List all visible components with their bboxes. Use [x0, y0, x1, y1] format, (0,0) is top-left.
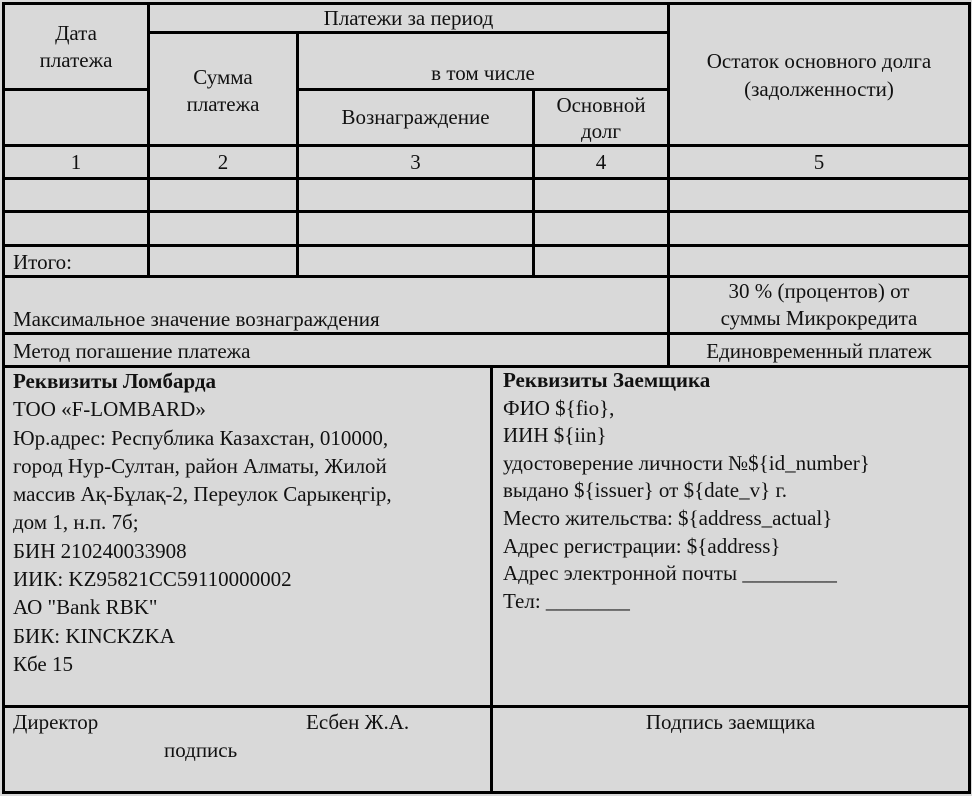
divider [2, 88, 150, 91]
borrower-signature-label: Подпись заемщика [493, 708, 968, 736]
borrower-line: Адрес электронной почты _________ [503, 560, 870, 588]
column-number: 5 [670, 147, 968, 177]
lombard-line: массив Ақ-Бұлақ-2, Переулок Сарыкеңгір, [13, 480, 392, 508]
border-right [968, 2, 971, 794]
table-cell [5, 180, 147, 210]
lombard-line: ТОО «F-LOMBARD» [13, 395, 392, 423]
header-payments-for-period: Платежи за период [150, 5, 667, 31]
signature-label: подпись [164, 736, 237, 764]
table-cell [299, 180, 532, 210]
max-reward-label: Максимальное значение вознаграждения [13, 304, 663, 334]
header-reward: Вознаграждение [299, 91, 532, 144]
column-number: 1 [5, 147, 147, 177]
column-number: 2 [150, 147, 296, 177]
column-number: 3 [299, 147, 532, 177]
table-cell [670, 213, 968, 244]
header-remaining-principal: Остаток основного долга (задолженности) [670, 5, 968, 144]
lombard-title: Реквизиты Ломбарда [13, 367, 392, 395]
repayment-method-label: Метод погашение платежа [13, 336, 663, 366]
header-principal: Основной долг [535, 91, 667, 144]
borrower-title: Реквизиты Заемщика [503, 367, 870, 395]
lombard-details: Реквизиты Ломбарда ТОО «F-LOMBARD» Юр.ад… [13, 367, 392, 678]
max-reward-value: 30 % (процентов) от суммы Микрокредита [670, 278, 968, 332]
table-cell [299, 213, 532, 244]
director-label: Директор [13, 708, 98, 736]
table-cell [150, 213, 296, 244]
total-label: Итого: [13, 247, 147, 277]
header-date: Дата платежа [5, 5, 147, 88]
border-left [2, 2, 5, 794]
header-including: в том числе [299, 58, 667, 88]
borrower-line: ИИН ${iin} [503, 422, 870, 450]
repayment-method-value: Единовременный платеж [670, 336, 968, 366]
lombard-line: БИК: KINCKZKA [13, 622, 392, 650]
lombard-line: ИИК: KZ95821CC59110000002 [13, 565, 392, 593]
table-cell [670, 180, 968, 210]
table-cell [535, 213, 667, 244]
lombard-line: Юр.адрес: Республика Казахстан, 010000, [13, 424, 392, 452]
borrower-line: Тел: ________ [503, 588, 870, 616]
lombard-line: дом 1, н.п. 7б; [13, 508, 392, 536]
director-name: Есбен Ж.А. [306, 708, 409, 736]
borrower-details: Реквизиты Заемщика ФИО ${fio}, ИИН ${iin… [503, 367, 870, 615]
lombard-line: БИН 210240033908 [13, 537, 392, 565]
lombard-line: АО "Bank RBK" [13, 593, 392, 621]
column-number: 4 [535, 147, 667, 177]
header-payment-amount: Сумма платежа [150, 34, 296, 144]
table-cell [535, 180, 667, 210]
borrower-line: выдано ${issuer} от ${date_v} г. [503, 477, 870, 505]
borrower-line: ФИО ${fio}, [503, 395, 870, 423]
lombard-line: Кбе 15 [13, 650, 392, 678]
table-cell [150, 180, 296, 210]
table-cell [5, 213, 147, 244]
lombard-line: город Нур-Султан, район Алматы, Жилой [13, 452, 392, 480]
borrower-line: Адрес регистрации: ${address} [503, 533, 870, 561]
borrower-line: Место жительства: ${address_actual} [503, 505, 870, 533]
border-bottom [2, 791, 971, 794]
borrower-line: удостоверение личности №${id_number} [503, 450, 870, 478]
